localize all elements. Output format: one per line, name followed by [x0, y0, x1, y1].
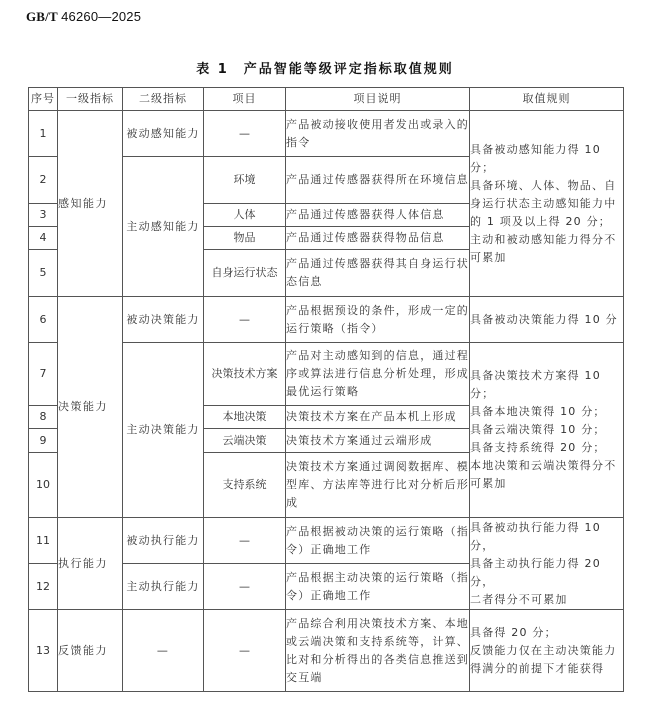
- item: —: [204, 564, 286, 610]
- item: 支持系统: [204, 453, 286, 518]
- item-description: 产品通过传感器获得所在环境信息: [286, 157, 470, 204]
- row-number: 8: [29, 406, 58, 429]
- table-row: 11 执行能力 被动执行能力 — 产品根据被动决策的运行策略（指令）正确地工作 …: [29, 518, 624, 564]
- rule-line: 反馈能力仅在主动决策能力得满分的前提下才能获得: [470, 642, 623, 678]
- item: 人体: [204, 204, 286, 227]
- item-description: 产品通过传感器获得人体信息: [286, 204, 470, 227]
- level1-execution: 执行能力: [58, 518, 123, 610]
- row-number: 4: [29, 227, 58, 250]
- row-number: 6: [29, 297, 58, 343]
- item-description: 产品综合利用决策技术方案、本地或云端决策和支持系统等，计算、比对和分析得出的各类…: [286, 610, 470, 692]
- rule-line: 具备被动决策能力得 10 分: [470, 311, 623, 329]
- rule-line: 具备云端决策得 10 分；: [470, 421, 623, 439]
- col-header-no: 序号: [29, 88, 58, 111]
- level2-active-decision: 主动决策能力: [123, 343, 204, 518]
- rule-line: 具备主动执行能力得 20 分，: [470, 555, 623, 591]
- item: 环境: [204, 157, 286, 204]
- rule-line: 具备支持系统得 20 分；: [470, 439, 623, 457]
- table-row: 1 感知能力 被动感知能力 — 产品被动接收使用者发出或录入的指令 具备被动感知…: [29, 111, 624, 157]
- item-description: 决策技术方案通过云端形成: [286, 429, 470, 453]
- row-number: 13: [29, 610, 58, 692]
- item-description: 决策技术方案通过调阅数据库、模型库、方法库等进行比对分析后形成: [286, 453, 470, 518]
- col-header-level1: 一级指标: [58, 88, 123, 111]
- row-number: 9: [29, 429, 58, 453]
- item: 物品: [204, 227, 286, 250]
- rule-line: 具备环境、人体、物品、自身运行状态主动感知能力中的 1 项及以上得 20 分；: [470, 177, 623, 231]
- col-header-description: 项目说明: [286, 88, 470, 111]
- table-row: 6 决策能力 被动决策能力 — 产品根据预设的条件，形成一定的运行策略（指令） …: [29, 297, 624, 343]
- col-header-scoring-rule: 取值规则: [470, 88, 624, 111]
- standard-code: GB/T 46260—2025: [26, 9, 141, 25]
- rule-line: 具备本地决策得 10 分；: [470, 403, 623, 421]
- item: 自身运行状态: [204, 250, 286, 297]
- scoring-rule-execution: 具备被动执行能力得 10 分， 具备主动执行能力得 20 分， 二者得分不可累加: [470, 518, 624, 610]
- row-number: 3: [29, 204, 58, 227]
- level2-active-execution: 主动执行能力: [123, 564, 204, 610]
- level2-active-perception: 主动感知能力: [123, 157, 204, 297]
- col-header-item: 项目: [204, 88, 286, 111]
- item-description: 产品根据主动决策的运行策略（指令）正确地工作: [286, 564, 470, 610]
- scoring-rules-table: 序号 一级指标 二级指标 项目 项目说明 取值规则 1 感知能力 被动感知能力 …: [28, 87, 624, 692]
- scoring-rule-perception: 具备被动感知能力得 10 分； 具备环境、人体、物品、自身运行状态主动感知能力中…: [470, 111, 624, 297]
- level1-feedback: 反馈能力: [58, 610, 123, 692]
- item-description: 产品根据被动决策的运行策略（指令）正确地工作: [286, 518, 470, 564]
- level1-perception: 感知能力: [58, 111, 123, 297]
- level1-decision: 决策能力: [58, 297, 123, 518]
- item: 决策技术方案: [204, 343, 286, 406]
- level2-passive-perception: 被动感知能力: [123, 111, 204, 157]
- row-number: 2: [29, 157, 58, 204]
- item: —: [204, 518, 286, 564]
- item: 本地决策: [204, 406, 286, 429]
- item: 云端决策: [204, 429, 286, 453]
- rule-line: 具备得 20 分；: [470, 624, 623, 642]
- row-number: 11: [29, 518, 58, 564]
- scoring-rule-passive-decision: 具备被动决策能力得 10 分: [470, 297, 624, 343]
- scoring-rule-active-decision: 具备决策技术方案得 10 分； 具备本地决策得 10 分； 具备云端决策得 10…: [470, 343, 624, 518]
- row-number: 12: [29, 564, 58, 610]
- rule-line: 具备被动执行能力得 10 分，: [470, 519, 623, 555]
- row-number: 5: [29, 250, 58, 297]
- item-description: 产品通过传感器获得其自身运行状态信息: [286, 250, 470, 297]
- row-number: 1: [29, 111, 58, 157]
- col-header-level2: 二级指标: [123, 88, 204, 111]
- standard-number: 46260—2025: [61, 9, 141, 24]
- table-header-row: 序号 一级指标 二级指标 项目 项目说明 取值规则: [29, 88, 624, 111]
- standard-prefix: GB/T: [26, 9, 58, 24]
- row-number: 10: [29, 453, 58, 518]
- rule-line: 具备被动感知能力得 10 分；: [470, 141, 623, 177]
- rule-line: 本地决策和云端决策得分不可累加: [470, 457, 623, 493]
- level2-passive-decision: 被动决策能力: [123, 297, 204, 343]
- item: —: [204, 610, 286, 692]
- item-description: 产品被动接收使用者发出或录入的指令: [286, 111, 470, 157]
- scoring-rule-feedback: 具备得 20 分； 反馈能力仅在主动决策能力得满分的前提下才能获得: [470, 610, 624, 692]
- item: —: [204, 111, 286, 157]
- rule-line: 具备决策技术方案得 10 分；: [470, 367, 623, 403]
- table-title: 表 1 产品智能等级评定指标取值规则: [0, 58, 650, 77]
- table-row: 13 反馈能力 — — 产品综合利用决策技术方案、本地或云端决策和支持系统等，计…: [29, 610, 624, 692]
- item-description: 决策技术方案在产品本机上形成: [286, 406, 470, 429]
- item-description: 产品根据预设的条件，形成一定的运行策略（指令）: [286, 297, 470, 343]
- level2-passive-execution: 被动执行能力: [123, 518, 204, 564]
- item: —: [204, 297, 286, 343]
- level2-feedback: —: [123, 610, 204, 692]
- item-description: 产品通过传感器获得物品信息: [286, 227, 470, 250]
- rule-line: 二者得分不可累加: [470, 591, 623, 609]
- item-description: 产品对主动感知到的信息，通过程序或算法进行信息分析处理，形成最优运行策略: [286, 343, 470, 406]
- rule-line: 主动和被动感知能力得分不可累加: [470, 231, 623, 267]
- row-number: 7: [29, 343, 58, 406]
